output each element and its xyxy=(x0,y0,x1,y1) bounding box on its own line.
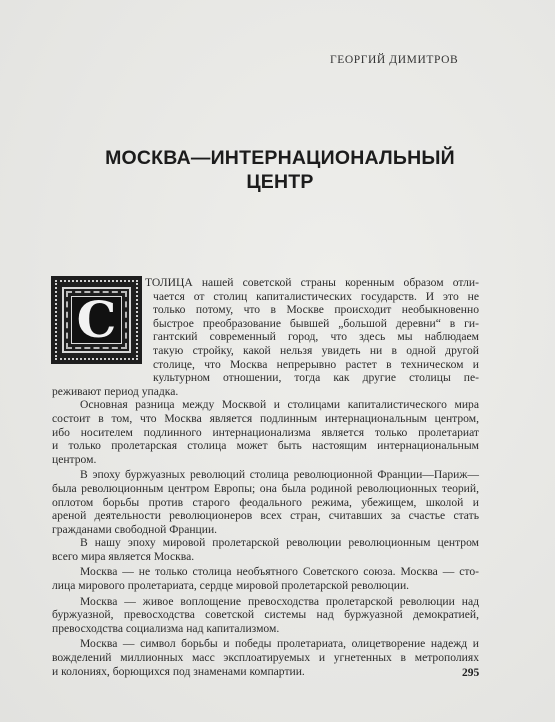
paragraph-2: Основная разница между Москвой и столица… xyxy=(52,398,479,466)
text-line: культурном отношении, тогда как другие с… xyxy=(52,371,479,385)
text-line: состоит в том, что Москва является подли… xyxy=(52,412,479,426)
text-line: и колониях, борющихся под знаменами комп… xyxy=(52,665,479,679)
text-line: лица мирового пролетариата, сердце миров… xyxy=(52,579,479,593)
paragraph-6: Москва — живое воплощение превосходства … xyxy=(52,595,479,636)
page-title: МОСКВА—ИНТЕРНАЦИОНАЛЬНЫЙ ЦЕНТР xyxy=(60,146,500,194)
text-line: ибо носителем подлинного интернационализ… xyxy=(52,426,479,440)
text-line: всего мира является Москва. xyxy=(52,550,479,564)
text-line: ТОЛИЦА нашей советской страны коренным о… xyxy=(52,276,479,290)
text-line: В эпоху буржуазных революций столица рев… xyxy=(52,468,479,482)
paragraph-4: В нашу эпоху мировой пролетарской револю… xyxy=(52,536,479,563)
text-line: только потому, что в Москве происходит н… xyxy=(52,303,479,317)
text-line: быстрое преобразование бывшей „большой д… xyxy=(52,317,479,331)
text-line: Основная разница между Москвой и столица… xyxy=(52,398,479,412)
text-line: чается от столиц капиталистических госуд… xyxy=(52,290,479,304)
text-line: вожделений миллионных масс эксплоатируем… xyxy=(52,651,479,665)
text-line: Москва — живое воплощение превосходства … xyxy=(52,595,479,609)
paragraph-5: Москва — не только столица необъятного С… xyxy=(52,565,479,592)
title-line-2: ЦЕНТР xyxy=(60,170,500,194)
text-line: оплотом борьбы против старого феодальног… xyxy=(52,496,479,510)
running-head-author: ГЕОРГИЙ ДИМИТРОВ xyxy=(330,54,458,66)
text-line: Москва — не только столица необъятного С… xyxy=(52,565,479,579)
paragraph-3: В эпоху буржуазных революций столица рев… xyxy=(52,468,479,536)
text-line: реживают период упадка. xyxy=(52,385,479,399)
text-line: буржуазной, превосходства советской сист… xyxy=(52,608,479,622)
article-body: ТОЛИЦА нашей советской страны коренным о… xyxy=(52,270,479,678)
paragraph-7: Москва — символ борьбы и победы пролетар… xyxy=(52,637,479,678)
text-line: такую стройку, какой нельзя увидеть ни в… xyxy=(52,344,479,358)
text-line: столице, что Москва непрерывно растет в … xyxy=(52,358,479,372)
text-line: была революционным центром Европы; она б… xyxy=(52,482,479,496)
page-number: 295 xyxy=(462,667,479,679)
text-line: Москва — символ борьбы и победы пролетар… xyxy=(52,637,479,651)
text-line: превосходства социализма над капитализмо… xyxy=(52,622,479,636)
text-line: ареной деятельности революционеров всех … xyxy=(52,509,479,523)
text-line: гантский современный город, что здесь мы… xyxy=(52,330,479,344)
text-line: и только пролетарская столица может быть… xyxy=(52,439,479,453)
title-line-1: МОСКВА—ИНТЕРНАЦИОНАЛЬНЫЙ xyxy=(105,147,455,169)
text-line: В нашу эпоху мировой пролетарской револю… xyxy=(52,536,479,550)
paragraph-1: ТОЛИЦА нашей советской страны коренным о… xyxy=(52,276,479,398)
text-line: центром. xyxy=(52,453,479,467)
text-line: гражданами свободной Франции. xyxy=(52,523,479,537)
